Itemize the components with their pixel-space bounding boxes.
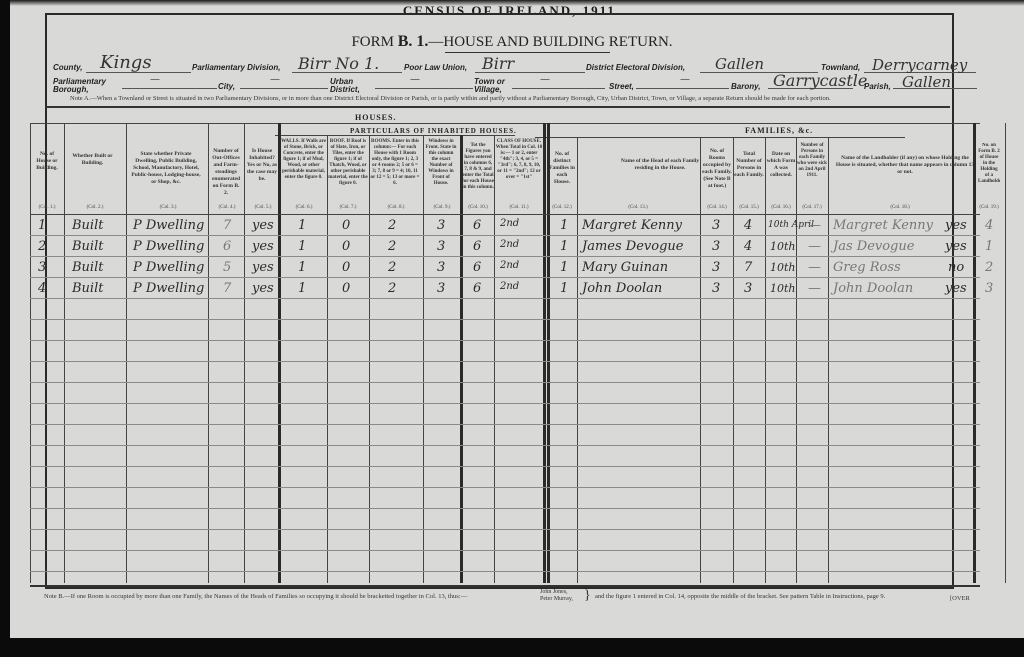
vline — [208, 123, 209, 583]
cell-inhabited: yes — [252, 218, 274, 233]
poor-law-union-value: Birr — [482, 54, 514, 73]
row-rule — [30, 529, 980, 530]
note-b-example-1: John Jones, — [540, 589, 568, 595]
header-col14: No. of Rooms occupied by each Family. (S… — [702, 148, 732, 190]
note-b-bracket: } — [584, 589, 591, 603]
cell-rooms-occupied: 3 — [712, 281, 720, 296]
vline — [30, 123, 31, 583]
row-rule — [30, 256, 980, 257]
form-title-suffix: —HOUSE AND BUILDING RETURN. — [428, 34, 672, 50]
cell-sick: — — [808, 218, 821, 233]
cell-outoffices: 6 — [223, 239, 231, 254]
parl-division-value: Birr No 1. — [298, 54, 379, 73]
cell-rooms: 2 — [388, 218, 396, 233]
cell-outoffices: 7 — [223, 218, 231, 233]
cell-total: 6 — [473, 281, 481, 296]
cell-landholder: John Doolan — [833, 281, 913, 296]
cell-head-name: John Doolan — [582, 281, 662, 296]
cell-rooms: 2 — [388, 281, 396, 296]
header-col18: Name of the Landholder (if any) on whose… — [835, 155, 975, 176]
header-col10: Tot the Figures you have entered in colu… — [462, 143, 494, 191]
colnum-6: (Col. 6.) — [282, 205, 326, 210]
note-b-continued: and the figure 1 entered in Col. 14, opp… — [595, 593, 885, 600]
cell-house-no: 1 — [38, 218, 46, 233]
cell-persons: 4 — [744, 218, 752, 233]
cell-inhabited: yes — [252, 260, 274, 275]
parl-borough-line — [122, 88, 217, 89]
city-value: — — [270, 74, 280, 85]
cell-sick: — — [808, 239, 821, 254]
cell-walls: 1 — [298, 260, 306, 275]
vline — [973, 123, 976, 583]
cell-persons: 3 — [744, 281, 752, 296]
cell-landholder-flag: no — [948, 260, 964, 275]
cell-built: Built — [72, 281, 103, 296]
cell-landholder-flag: yes — [945, 218, 967, 233]
header-col15: Total Number of Persons in each Family. — [734, 151, 764, 179]
urban-district-value: — — [410, 74, 420, 85]
vline — [327, 135, 328, 583]
row-rule — [30, 508, 980, 509]
row-rule — [30, 445, 980, 446]
cell-families: 1 — [560, 239, 568, 254]
colnum-9: (Col. 9.) — [424, 205, 460, 210]
cell-head-name: James Devogue — [582, 239, 683, 254]
vline — [126, 123, 127, 583]
cell-walls: 1 — [298, 239, 306, 254]
town-village-value: — — [540, 74, 550, 85]
cell-b2-no: 2 — [985, 260, 993, 275]
vline — [733, 137, 734, 583]
cell-outoffices: 7 — [223, 281, 231, 296]
parish-label: Parish, — [864, 82, 891, 91]
county-label: County, — [53, 63, 82, 72]
colnum-13: (Col. 13.) — [578, 205, 698, 210]
header-bottom-rule — [30, 214, 980, 215]
header-col6: WALLS. If Walls are of Stone, Brick, or … — [281, 139, 326, 181]
colnum-2: (Col. 2.) — [65, 205, 125, 210]
section-houses: HOUSES. — [355, 113, 396, 122]
cell-type: P Dwelling — [133, 260, 204, 275]
parl-borough-value: — — [150, 74, 160, 85]
vline — [244, 123, 245, 583]
cell-type: P Dwelling — [133, 281, 204, 296]
vline — [369, 135, 370, 583]
header-col11: CLASS OF HOUSE. When Total in Col. 10 is… — [495, 139, 543, 181]
colnum-7: (Col. 7.) — [328, 205, 368, 210]
barony-value: Garrycastle — [773, 71, 867, 90]
cell-windows: 3 — [437, 239, 445, 254]
colnum-12: (Col. 12.) — [548, 205, 576, 210]
houses-rule — [30, 123, 980, 124]
over-marker: [OVER — [950, 595, 970, 602]
cell-families: 1 — [560, 281, 568, 296]
vline — [547, 123, 550, 583]
header-col12: No. of distinct Families in each House. — [548, 151, 576, 186]
cell-class: 2nd — [500, 218, 519, 229]
note-b: Note B.—If one Room is occupied by more … — [44, 593, 467, 600]
row-rule — [30, 298, 980, 299]
county-value: Kings — [100, 52, 152, 73]
street-value: — — [680, 74, 690, 85]
row-rule — [30, 361, 980, 362]
cell-rooms-occupied: 3 — [712, 260, 720, 275]
colnum-14: (Col. 14.) — [702, 205, 732, 210]
colnum-1: (Col. 1.) — [32, 205, 62, 210]
cell-type: P Dwelling — [133, 218, 204, 233]
urban-district-label: Urban District, — [330, 78, 375, 94]
town-village-label: Town or Village, — [474, 78, 512, 94]
header-col16: Date on which Form A was collected. — [766, 151, 796, 179]
street-line — [636, 88, 729, 89]
cell-inhabited: yes — [252, 281, 274, 296]
cell-b2-no: 1 — [985, 239, 993, 254]
cell-house-no: 2 — [38, 239, 46, 254]
vline — [278, 123, 281, 583]
header-col13: Name of the Head of each Family residing… — [615, 158, 705, 172]
table-bottom-rule — [30, 585, 980, 587]
colnum-11: (Col. 11.) — [495, 205, 543, 210]
cell-rooms-occupied: 3 — [712, 218, 720, 233]
colnum-16: (Col. 16.) — [766, 205, 796, 210]
cell-total: 6 — [473, 218, 481, 233]
families-rule — [535, 137, 905, 138]
cell-landholder: Greg Ross — [833, 260, 901, 275]
header-col2: Whether Built or Building. — [65, 153, 120, 167]
section-families: FAMILIES, &c. — [745, 126, 813, 135]
cell-windows: 3 — [437, 260, 445, 275]
cell-roof: 0 — [342, 260, 350, 275]
row-rule — [30, 319, 980, 320]
colnum-5: (Col. 5.) — [246, 205, 280, 210]
title-underline — [445, 52, 610, 53]
colnum-17: (Col. 17.) — [797, 205, 827, 210]
form-title: FORM B. 1.—HOUSE AND BUILDING RETURN. — [0, 33, 1024, 51]
vline — [64, 123, 65, 583]
cell-landholder: Jas Devogue — [833, 239, 914, 254]
header-col4: Number of Out-Offices and Farm-steadings… — [210, 148, 242, 197]
note-a: Note A.—When a Townland or Street is sit… — [70, 95, 970, 102]
cell-roof: 0 — [342, 239, 350, 254]
colnum-3: (Col. 3.) — [128, 205, 208, 210]
cell-persons: 7 — [744, 260, 752, 275]
house-building-table: HOUSES. PARTICULARS OF INHABITED HOUSES.… — [30, 113, 980, 583]
cell-date: 10th — [770, 261, 796, 274]
cell-head-name: Margret Kenny — [582, 218, 682, 233]
note-a-divider — [45, 106, 950, 108]
vline — [543, 123, 546, 583]
vline — [700, 137, 701, 583]
cell-roof: 0 — [342, 218, 350, 233]
street-label: Street, — [609, 82, 634, 91]
cell-built: Built — [72, 239, 103, 254]
note-b-example-2: Peter Murray, — [540, 596, 573, 602]
form-id: B. 1. — [398, 33, 429, 50]
poor-law-union-label: Poor Law Union, — [404, 63, 467, 72]
parl-borough-label: Parliamentary Borough, — [53, 78, 118, 94]
vline — [494, 135, 495, 583]
header-col8: ROOMS. Enter in this column:— For each H… — [370, 139, 420, 187]
cell-built: Built — [72, 260, 103, 275]
barony-label: Barony, — [731, 82, 761, 91]
cell-families: 1 — [560, 218, 568, 233]
cell-windows: 3 — [437, 281, 445, 296]
row-rule — [30, 487, 980, 488]
town-village-line — [512, 88, 605, 89]
cell-total: 6 — [473, 260, 481, 275]
header-col5: Is House Inhabited? Yes or No, as the ca… — [246, 148, 278, 183]
row-rule — [30, 277, 980, 278]
cell-head-name: Mary Guinan — [582, 260, 668, 275]
cell-roof: 0 — [342, 281, 350, 296]
cell-date: 10th — [770, 240, 796, 253]
row-rule — [30, 466, 980, 467]
cell-landholder-flag: yes — [945, 239, 967, 254]
cell-built: Built — [72, 218, 103, 233]
ded-label: District Electoral Division, — [586, 63, 685, 72]
colnum-18: (Col. 18.) — [830, 205, 970, 210]
cell-families: 1 — [560, 260, 568, 275]
cell-outoffices: 5 — [223, 260, 231, 275]
colnum-8: (Col. 8.) — [370, 205, 422, 210]
row-rule — [30, 424, 980, 425]
cell-house-no: 3 — [38, 260, 46, 275]
cell-b2-no: 3 — [985, 281, 993, 296]
row-rule — [30, 403, 980, 404]
cell-windows: 3 — [437, 218, 445, 233]
cell-type: P Dwelling — [133, 239, 204, 254]
cell-inhabited: yes — [252, 239, 274, 254]
header-col1: No. of House or Building. — [32, 151, 62, 172]
vline — [765, 137, 766, 583]
row-rule — [30, 340, 980, 341]
vline — [460, 135, 463, 583]
header-col7: ROOF. If Roof is of Slate, Iron, or Tile… — [328, 139, 368, 187]
vline — [796, 137, 797, 583]
particulars-rule — [275, 135, 515, 136]
cell-sick: — — [808, 260, 821, 275]
urban-district-line — [375, 88, 473, 89]
vline — [1005, 123, 1006, 583]
row-rule — [30, 382, 980, 383]
colnum-19: (Col. 19.) — [976, 205, 1002, 210]
vline — [423, 135, 424, 583]
cell-class: 2nd — [500, 260, 519, 271]
cell-rooms-occupied: 3 — [712, 239, 720, 254]
ded-value: Gallen — [715, 55, 764, 73]
section-particulars: PARTICULARS OF INHABITED HOUSES. — [350, 127, 517, 135]
header-col9: Windows in Front. State in this column t… — [425, 139, 457, 187]
row-rule — [30, 550, 980, 551]
cell-date: 10th — [770, 282, 796, 295]
townland-value: Derrycarney — [872, 56, 967, 74]
row-rule — [30, 571, 980, 572]
colnum-15: (Col. 15.) — [734, 205, 764, 210]
cell-class: 2nd — [500, 281, 519, 292]
vline — [577, 137, 578, 583]
colnum-10: (Col. 10.) — [462, 205, 494, 210]
cell-total: 6 — [473, 239, 481, 254]
city-label: City, — [218, 82, 235, 91]
cell-rooms: 2 — [388, 260, 396, 275]
row-rule — [30, 235, 980, 236]
header-col3: State whether Private Dwelling, Public B… — [130, 151, 202, 186]
city-line — [240, 88, 328, 89]
cell-persons: 4 — [744, 239, 752, 254]
header-col17: Number of Persons in each Family who wer… — [797, 143, 827, 179]
cell-landholder: Margret Kenny — [833, 218, 933, 233]
cell-rooms: 2 — [388, 239, 396, 254]
header-col19: No. on Form B. 2 of House in the Holding… — [978, 143, 1000, 185]
form-title-prefix: FORM — [351, 34, 394, 50]
parish-value: Gallen — [902, 73, 951, 91]
parl-division-label: Parliamentary Division, — [192, 63, 280, 72]
cell-walls: 1 — [298, 218, 306, 233]
colnum-4: (Col. 4.) — [210, 205, 244, 210]
vline — [828, 137, 829, 583]
cell-landholder-flag: yes — [945, 281, 967, 296]
cell-class: 2nd — [500, 239, 519, 250]
cell-house-no: 4 — [38, 281, 46, 296]
cell-walls: 1 — [298, 281, 306, 296]
cell-sick: — — [808, 281, 821, 296]
cell-b2-no: 4 — [985, 218, 993, 233]
